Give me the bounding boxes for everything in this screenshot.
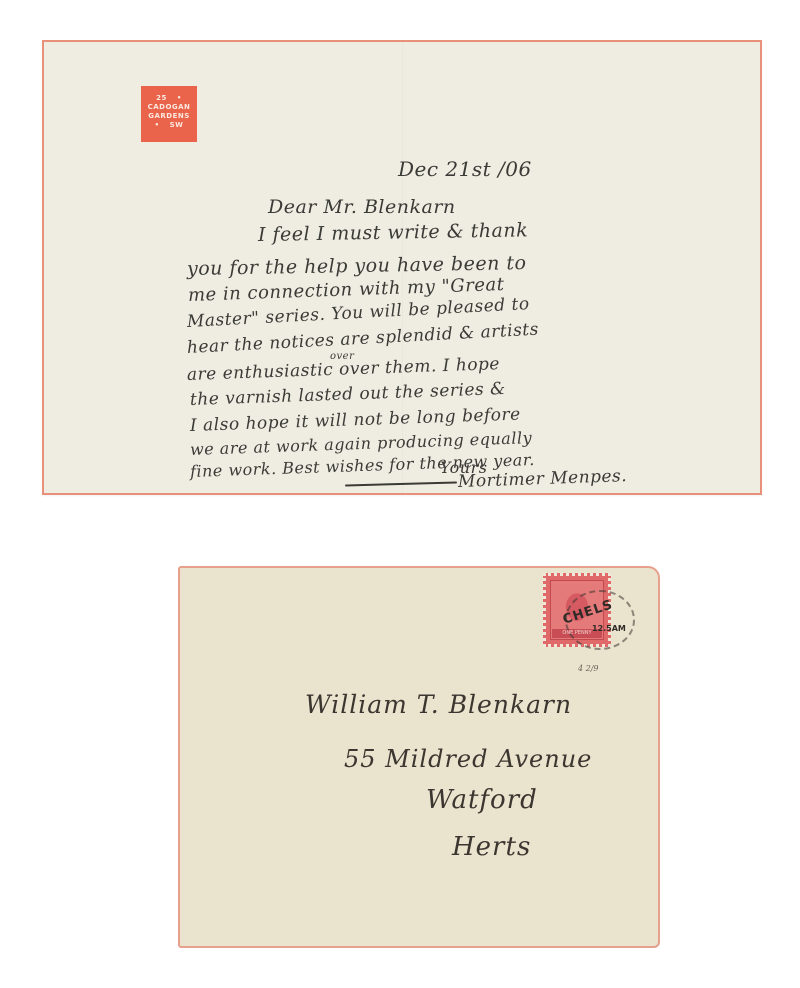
- address-town: Watford: [426, 785, 538, 815]
- address-county: Herts: [452, 832, 531, 862]
- letter-line: I feel I must write & thank: [258, 219, 528, 246]
- address-street: 55 Mildred Avenue: [344, 745, 592, 773]
- crest-number: 25: [156, 94, 167, 103]
- envelope-note: 4 2/9: [578, 664, 599, 673]
- crest-dot: •: [155, 121, 160, 130]
- postmark-time: 12.5AM: [592, 624, 626, 633]
- crest-gardens: GARDENS: [141, 112, 197, 121]
- address-name: William T. Blenkarn: [305, 690, 572, 719]
- crest-district: SW: [170, 121, 184, 130]
- letterhead-crest: 25 • CADOGAN GARDENS • SW: [141, 86, 197, 142]
- crest-dot: •: [177, 94, 182, 103]
- crest-street: CADOGAN: [141, 103, 197, 112]
- letter-date: Dec 21st /06: [398, 157, 532, 181]
- letter-salutation: Dear Mr. Blenkarn: [268, 196, 456, 218]
